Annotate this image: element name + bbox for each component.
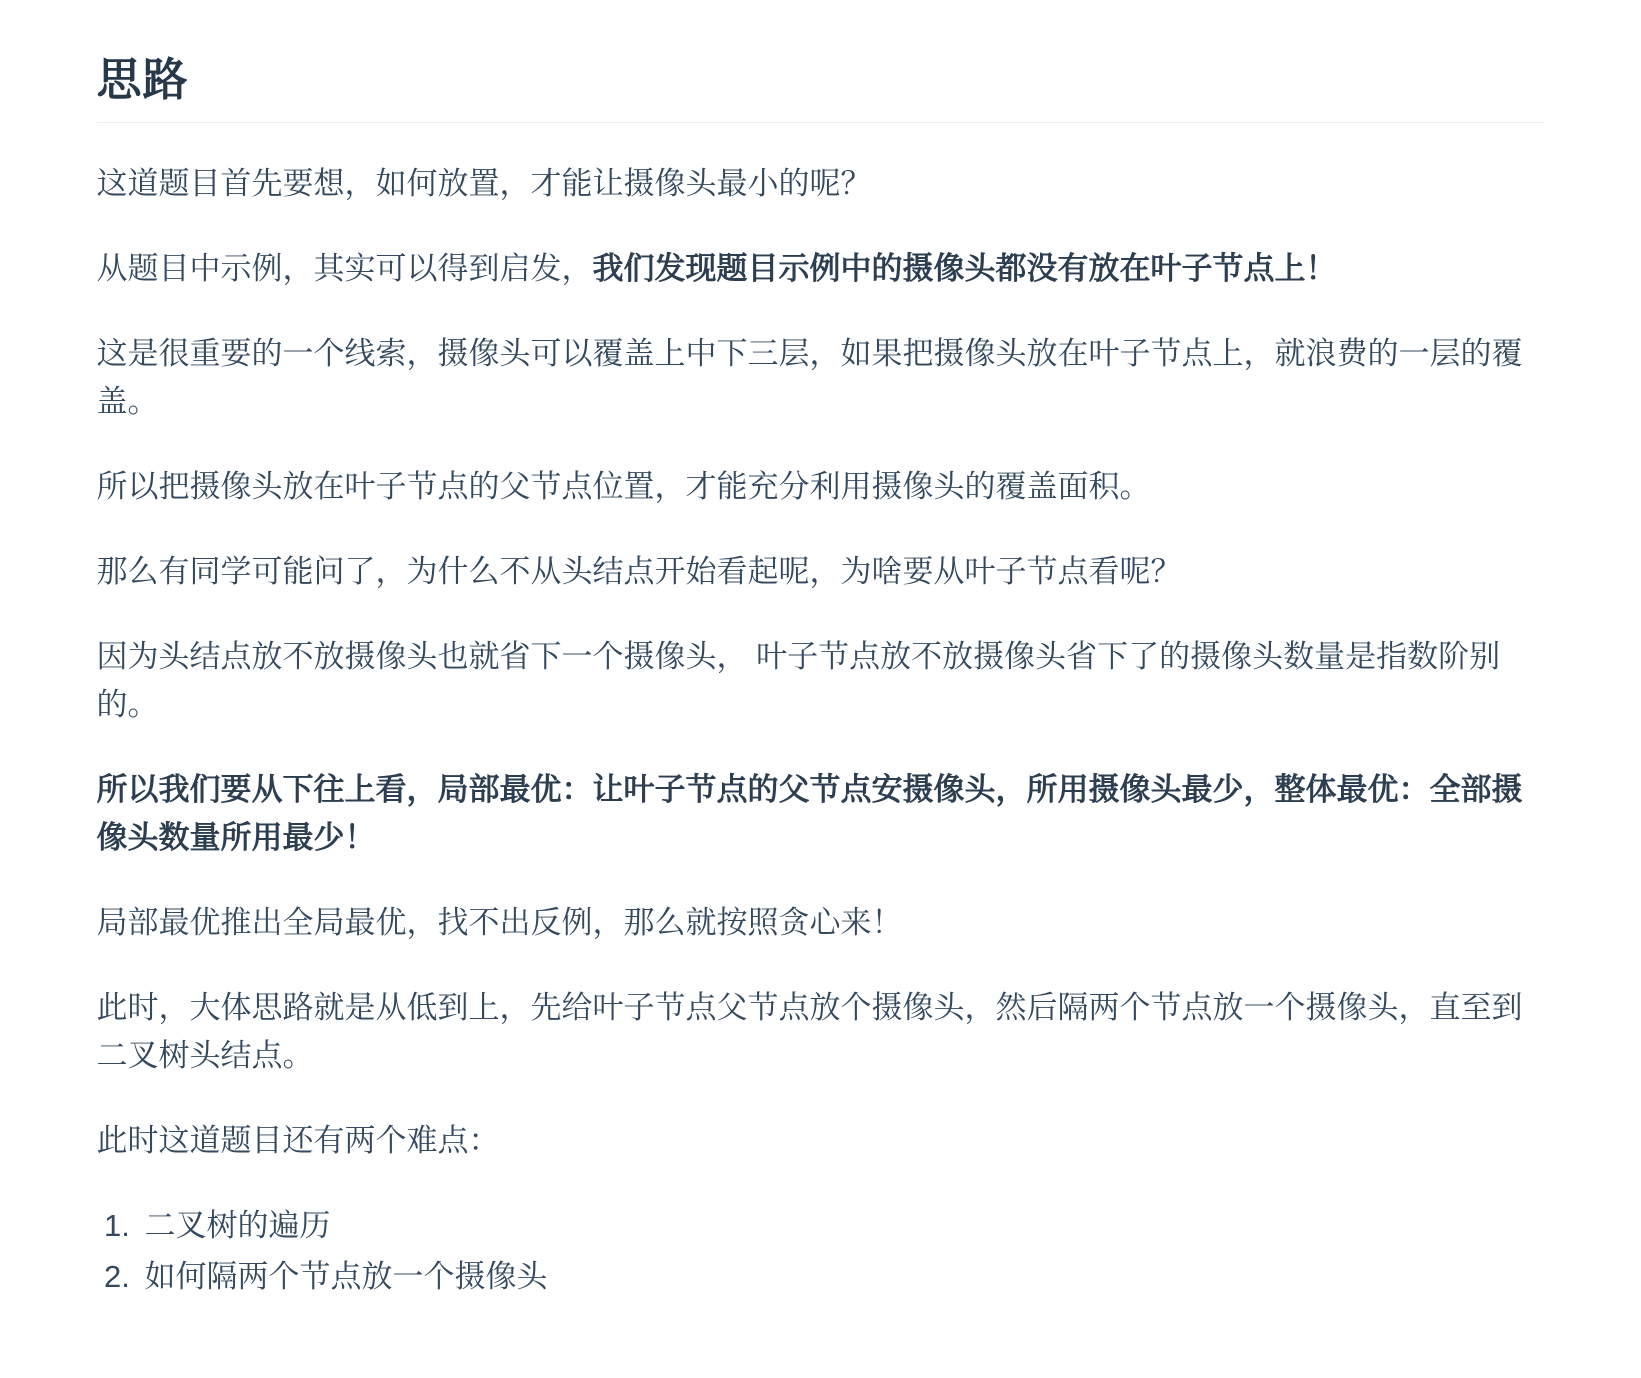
paragraph: 这是很重要的一个线索，摄像头可以覆盖上中下三层，如果把摄像头放在叶子节点上，就浪… — [97, 330, 1545, 426]
text-run: 局部最优推出全局最优，找不出反例，那么就按照贪心来！ — [97, 905, 903, 940]
difficulty-list: 二叉树的遍历如何隔两个节点放一个摄像头 — [97, 1202, 1545, 1301]
paragraph: 因为头结点放不放摄像头也就省下一个摄像头， 叶子节点放不放摄像头省下了的摄像头数… — [97, 633, 1545, 729]
paragraph: 所以我们要从下往上看，局部最优：让叶子节点的父节点安摄像头，所用摄像头最少，整体… — [97, 766, 1545, 862]
bold-text-run: 所以我们要从下往上看，局部最优：让叶子节点的父节点安摄像头，所用摄像头最少，整体… — [97, 772, 1523, 855]
text-run: 因为头结点放不放摄像头也就省下一个摄像头， 叶子节点放不放摄像头省下了的摄像头数… — [97, 639, 1501, 722]
list-item: 二叉树的遍历 — [139, 1202, 1545, 1250]
page-title: 思路 — [97, 0, 1545, 123]
paragraph: 所以把摄像头放在叶子节点的父节点位置，才能充分利用摄像头的覆盖面积。 — [97, 463, 1545, 511]
paragraph: 局部最优推出全局最优，找不出反例，那么就按照贪心来！ — [97, 899, 1545, 947]
paragraph: 此时这道题目还有两个难点： — [97, 1117, 1545, 1165]
article-body: 这道题目首先要想，如何放置，才能让摄像头最小的呢？从题目中示例，其实可以得到启发… — [97, 160, 1545, 1165]
article-page: 思路 这道题目首先要想，如何放置，才能让摄像头最小的呢？从题目中示例，其实可以得… — [0, 0, 1641, 1378]
text-run: 从题目中示例，其实可以得到启发， — [97, 251, 593, 286]
text-run: 那么有同学可能问了，为什么不从头结点开始看起呢，为啥要从叶子节点看呢？ — [97, 554, 1182, 589]
article-container: 思路 这道题目首先要想，如何放置，才能让摄像头最小的呢？从题目中示例，其实可以得… — [97, 0, 1545, 1371]
text-run: 此时，大体思路就是从低到上，先给叶子节点父节点放个摄像头，然后隔两个节点放一个摄… — [97, 990, 1523, 1073]
bold-text-run: 我们发现题目示例中的摄像头都没有放在叶子节点上！ — [593, 251, 1337, 286]
text-run: 这道题目首先要想，如何放置，才能让摄像头最小的呢？ — [97, 166, 872, 201]
paragraph: 从题目中示例，其实可以得到启发，我们发现题目示例中的摄像头都没有放在叶子节点上！ — [97, 245, 1545, 293]
list-item: 如何隔两个节点放一个摄像头 — [139, 1253, 1545, 1301]
paragraph: 此时，大体思路就是从低到上，先给叶子节点父节点放个摄像头，然后隔两个节点放一个摄… — [97, 984, 1545, 1080]
text-run: 这是很重要的一个线索，摄像头可以覆盖上中下三层，如果把摄像头放在叶子节点上，就浪… — [97, 336, 1523, 419]
paragraph: 那么有同学可能问了，为什么不从头结点开始看起呢，为啥要从叶子节点看呢？ — [97, 548, 1545, 596]
paragraph: 这道题目首先要想，如何放置，才能让摄像头最小的呢？ — [97, 160, 1545, 208]
text-run: 此时这道题目还有两个难点： — [97, 1123, 500, 1158]
text-run: 所以把摄像头放在叶子节点的父节点位置，才能充分利用摄像头的覆盖面积。 — [97, 469, 1151, 504]
